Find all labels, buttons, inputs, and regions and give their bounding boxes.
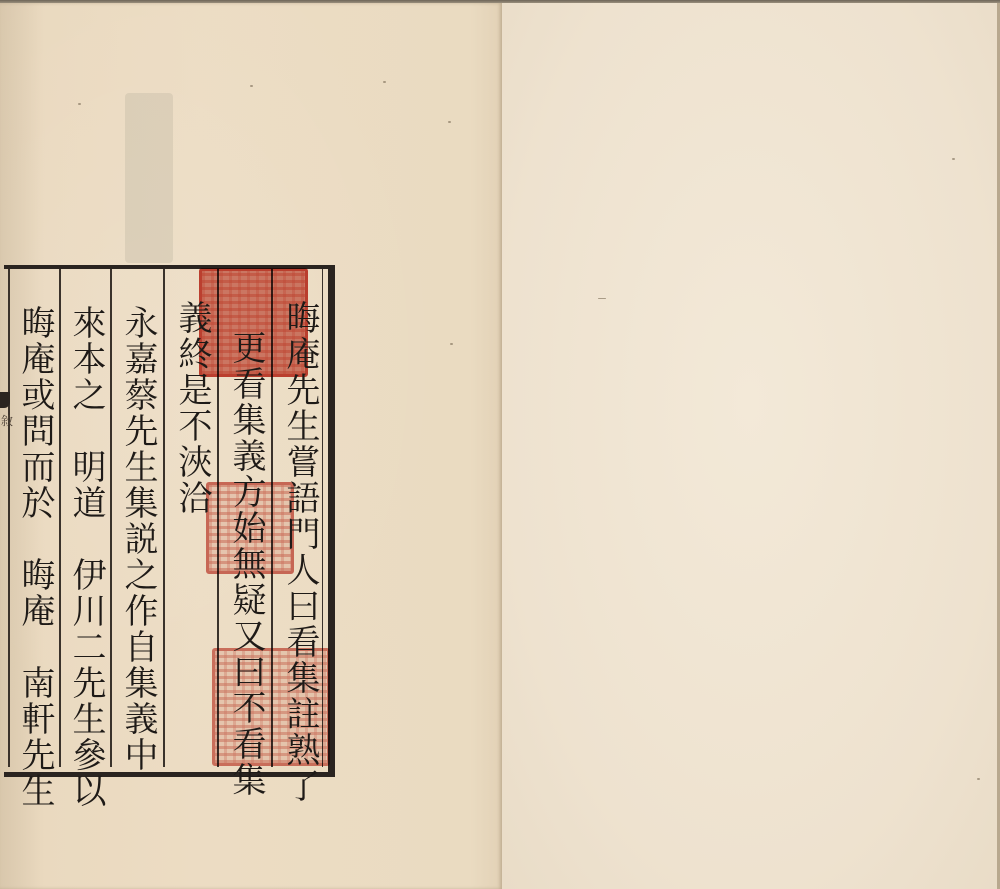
text-column-1: 晦庵先生嘗語門人曰看集註熟了 — [276, 300, 324, 804]
paper-speck — [250, 85, 253, 87]
right-page-blank — [502, 3, 997, 889]
water-stain — [125, 93, 173, 263]
fishtail-mark — [0, 392, 10, 408]
paper-speck — [977, 778, 980, 780]
column-rule — [163, 269, 165, 767]
column-rule — [59, 269, 61, 767]
text-column-6: 晦庵或問而於 晦庵 南軒先生 — [11, 305, 59, 809]
text-column-2: 更看集義方始無疑又曰不看集 — [222, 330, 270, 798]
text-column-5: 來本之 明道 伊川二先生參以 — [62, 305, 110, 809]
paper-speck — [448, 121, 451, 123]
paper-speck — [952, 158, 955, 160]
text-column-3: 義終是不浹洽 — [168, 300, 216, 516]
paper-speck — [598, 298, 606, 299]
column-rule — [8, 269, 10, 767]
paper-speck — [450, 343, 453, 345]
column-rule — [110, 269, 112, 767]
text-column-4: 永嘉蔡先生集説之作自集義中 — [114, 305, 162, 773]
paper-speck — [383, 81, 386, 83]
paper-speck — [78, 103, 81, 105]
